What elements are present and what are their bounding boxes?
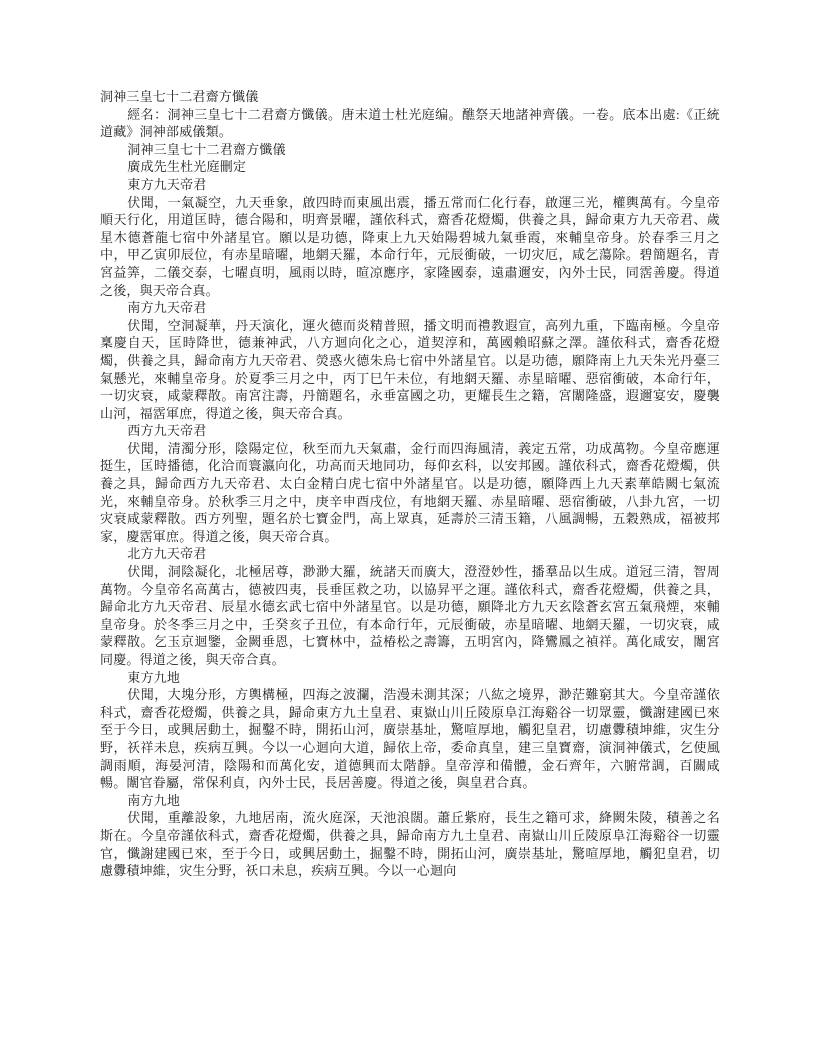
paragraph-east-nine-heavens: 伏聞，一氣凝空，九天垂象，啟四時而東風出震，播五常而仁化行春，啟運三光，權輿萬有… <box>100 194 720 300</box>
document-subtitle: 洞神三皇七十二君齋方懺儀 <box>100 141 720 159</box>
document-page: 洞神三皇七十二君齋方懺儀 經名：洞神三皇七十二君齋方懺儀。唐末道士杜光庭编。醮祭… <box>0 0 816 1056</box>
section-heading-south-nine-earths: 南方九地 <box>100 792 720 810</box>
paragraph-west-nine-heavens: 伏聞，清濁分形，陰陽定位，秋至而九天氣肅，金行而四海風清，義定五常，功成萬物。今… <box>100 440 720 546</box>
author-line: 廣成先生杜光庭刪定 <box>100 158 720 176</box>
document-title: 洞神三皇七十二君齋方懺儀 <box>100 88 720 106</box>
paragraph-south-nine-heavens: 伏聞，空洞凝華，丹天演化，運火德而炎精普照，播文明而禮教遐宣，高列九重，下臨南極… <box>100 317 720 423</box>
section-heading-south-nine-heavens: 南方九天帝君 <box>100 299 720 317</box>
colophon-note: 經名：洞神三皇七十二君齋方懺儀。唐末道士杜光庭编。醮祭天地諸神齊儀。一卷。底本出… <box>100 106 720 141</box>
section-heading-north-nine-heavens: 北方九天帝君 <box>100 545 720 563</box>
document-body: 洞神三皇七十二君齋方懺儀 經名：洞神三皇七十二君齋方懺儀。唐末道士杜光庭编。醮祭… <box>100 88 720 880</box>
section-heading-east-nine-earths: 東方九地 <box>100 669 720 687</box>
paragraph-north-nine-heavens: 伏聞，洞陰凝化，北極居尊，渺渺大羅，統諸天而廣大，澄澄妙性，播羣品以生成。道冠三… <box>100 563 720 669</box>
paragraph-east-nine-earths: 伏聞，大塊分形，方輿構極，四海之波瀾，浩漫未測其深；八紘之境界，渺茫難窮其大。今… <box>100 686 720 792</box>
section-heading-east-nine-heavens: 東方九天帝君 <box>100 176 720 194</box>
paragraph-south-nine-earths: 伏聞，重離設象，九地居南，流火庭深，天池浪闊。蕭丘紫府，長生之籍可求，絳闕朱陵，… <box>100 809 720 879</box>
section-heading-west-nine-heavens: 西方九天帝君 <box>100 422 720 440</box>
